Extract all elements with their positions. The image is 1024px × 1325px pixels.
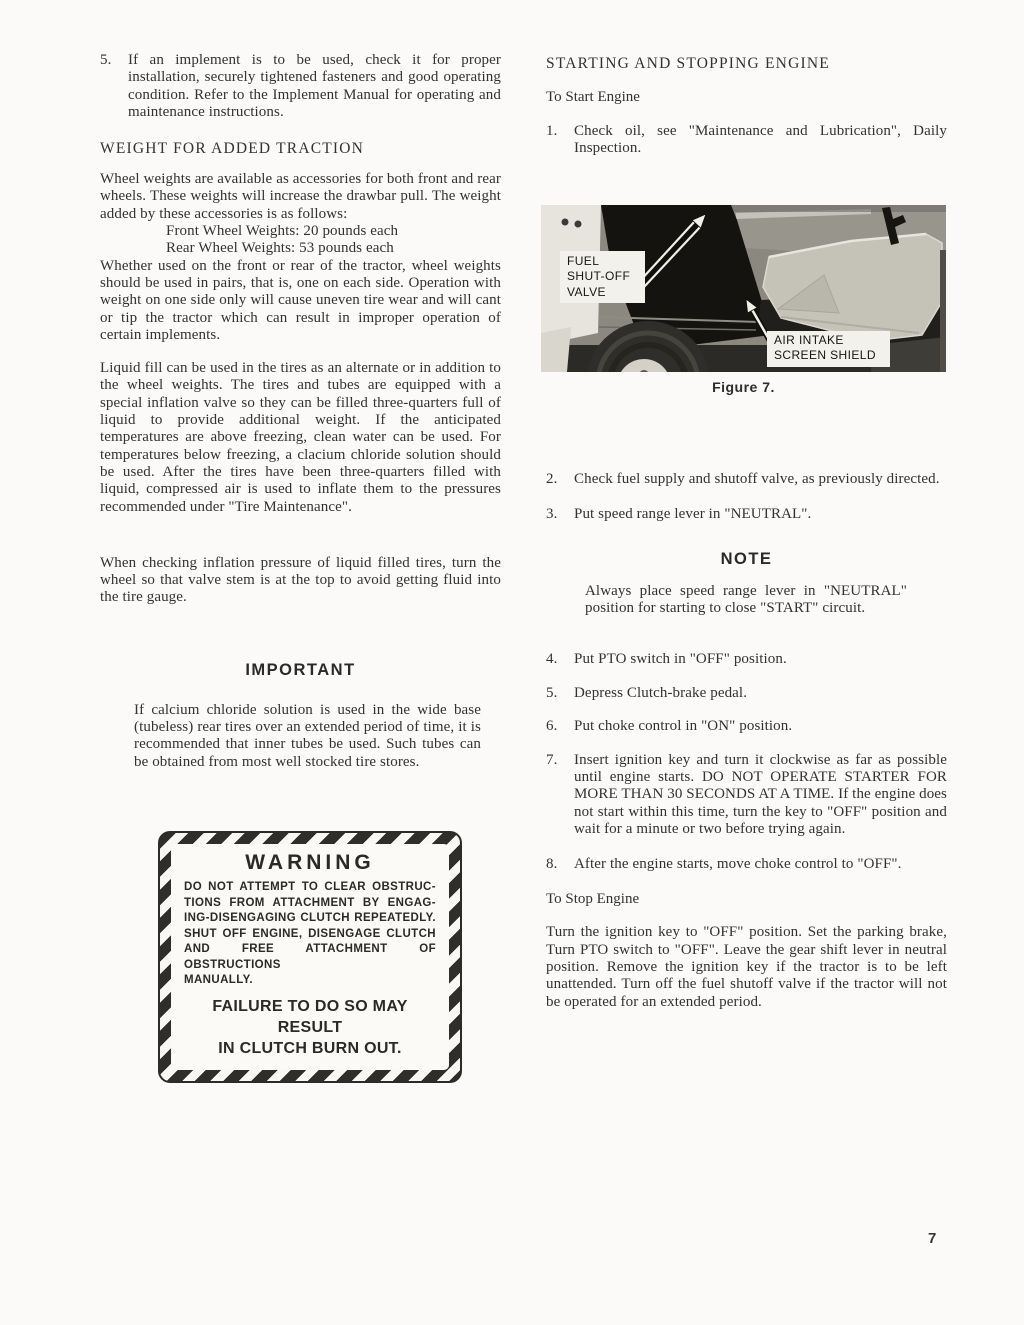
left-column: 5. If an implement is to be used, check … xyxy=(100,48,501,1083)
step-number: 7. xyxy=(546,752,574,769)
paragraph-wheel-weights: Wheel weights are available as accessori… xyxy=(100,171,501,344)
step-text: Depress Clutch-brake pedal. xyxy=(574,685,947,702)
page-number: 7 xyxy=(928,1230,936,1247)
warning-footer-line: IN CLUTCH BURN OUT. xyxy=(184,1038,436,1059)
label-line: SCREEN SHIELD xyxy=(774,348,890,364)
manual-page: 5. If an implement is to be used, check … xyxy=(0,0,1024,1325)
step-5: 5. Depress Clutch-brake pedal. xyxy=(546,685,947,702)
step-text: Check oil, see "Maintenance and Lubricat… xyxy=(574,123,947,158)
step-2: 2. Check fuel supply and shutoff valve, … xyxy=(546,471,947,488)
step-text: Put choke control in "ON" position. xyxy=(574,718,947,735)
label-line: SHUT-OFF xyxy=(567,269,645,285)
warning-footer-line: FAILURE TO DO SO MAY RESULT xyxy=(184,996,436,1038)
note-paragraph: Always place speed range lever in "NEUTR… xyxy=(585,583,907,618)
step-number: 8. xyxy=(546,856,574,873)
warning-sticker: WARNING DO NOT ATTEMPT TO CLEAR OBSTRUC-… xyxy=(158,831,462,1083)
step-text: Put speed range lever in "NEUTRAL". xyxy=(574,506,947,523)
warning-body-line: SHUT OFF ENGINE, DISENGAGE CLUTCH xyxy=(184,927,436,943)
step-text: Put PTO switch in "OFF" position. xyxy=(574,651,947,668)
step-text: Insert ignition key and turn it clockwis… xyxy=(574,752,947,838)
paragraph-liquid-fill: Liquid fill can be used in the tires as … xyxy=(100,360,501,516)
air-intake-screen-shield-label: AIR INTAKE SCREEN SHIELD xyxy=(767,331,890,367)
paragraph-text: Whether used on the front or rear of the… xyxy=(100,258,501,344)
warning-body-line: AND FREE ATTACHMENT OF OBSTRUCTIONS xyxy=(184,942,436,973)
figure7-photo: FUEL SHUT-OFF VALVE AIR INTAKE SCREEN SH… xyxy=(541,205,946,372)
step-number: 6. xyxy=(546,718,574,735)
warning-body-line: DO NOT ATTEMPT TO CLEAR OBSTRUC- xyxy=(184,880,436,896)
list-item-number: 5. xyxy=(100,52,128,69)
paragraph-stop-engine: Turn the ignition key to "OFF" position.… xyxy=(546,924,947,1010)
paragraph-text: Wheel weights are available as accessori… xyxy=(100,171,501,223)
paragraph-important: If calcium chloride solution is used in … xyxy=(134,702,481,771)
list-item-5: 5. If an implement is to be used, check … xyxy=(100,52,501,121)
step-6: 6. Put choke control in "ON" position. xyxy=(546,718,947,735)
warning-sticker-inner: WARNING DO NOT ATTEMPT TO CLEAR OBSTRUC-… xyxy=(171,844,449,1070)
warning-title: WARNING xyxy=(184,851,436,875)
warning-body-line: MANUALLY. xyxy=(184,973,436,989)
fuel-shutoff-valve-label: FUEL SHUT-OFF VALVE xyxy=(560,251,645,304)
note-heading: NOTE xyxy=(546,550,947,569)
step-3: 3. Put speed range lever in "NEUTRAL". xyxy=(546,506,947,523)
list-item-text: If an implement is to be used, check it … xyxy=(128,52,501,121)
label-line: FUEL xyxy=(567,254,645,270)
step-text: After the engine starts, move choke cont… xyxy=(574,856,947,873)
label-line: AIR INTAKE xyxy=(774,333,890,349)
step-number: 3. xyxy=(546,506,574,523)
step-4: 4. Put PTO switch in "OFF" position. xyxy=(546,651,947,668)
label-line: VALVE xyxy=(567,285,645,301)
step-number: 4. xyxy=(546,651,574,668)
front-wheel-weight-line: Front Wheel Weights: 20 pounds each xyxy=(100,223,501,240)
important-heading: IMPORTANT xyxy=(100,661,501,680)
rear-wheel-weight-line: Rear Wheel Weights: 53 pounds each xyxy=(100,240,501,257)
step-8: 8. After the engine starts, move choke c… xyxy=(546,856,947,873)
step-number: 5. xyxy=(546,685,574,702)
figure7-caption: Figure 7. xyxy=(541,379,946,395)
right-column: STARTING AND STOPPING ENGINE To Start En… xyxy=(546,48,947,1011)
section-heading-weight-traction: WEIGHT FOR ADDED TRACTION xyxy=(100,140,501,157)
step-number: 1. xyxy=(546,123,574,140)
step-1: 1. Check oil, see "Maintenance and Lubri… xyxy=(546,123,947,158)
subheading-to-start-engine: To Start Engine xyxy=(546,89,947,106)
subheading-to-stop-engine: To Stop Engine xyxy=(546,891,947,908)
paragraph-checking-pressure: When checking inflation pressure of liqu… xyxy=(100,555,501,607)
warning-body-line: ING-DISENGAGING CLUTCH REPEATEDLY. xyxy=(184,911,436,927)
section-heading-starting-stopping: STARTING AND STOPPING ENGINE xyxy=(546,55,947,72)
step-number: 2. xyxy=(546,471,574,488)
warning-body-line: TIONS FROM ATTACHMENT BY ENGAG- xyxy=(184,896,436,912)
step-7: 7. Insert ignition key and turn it clock… xyxy=(546,752,947,838)
step-text: Check fuel supply and shutoff valve, as … xyxy=(574,471,947,488)
warning-footer: FAILURE TO DO SO MAY RESULT IN CLUTCH BU… xyxy=(184,996,436,1059)
